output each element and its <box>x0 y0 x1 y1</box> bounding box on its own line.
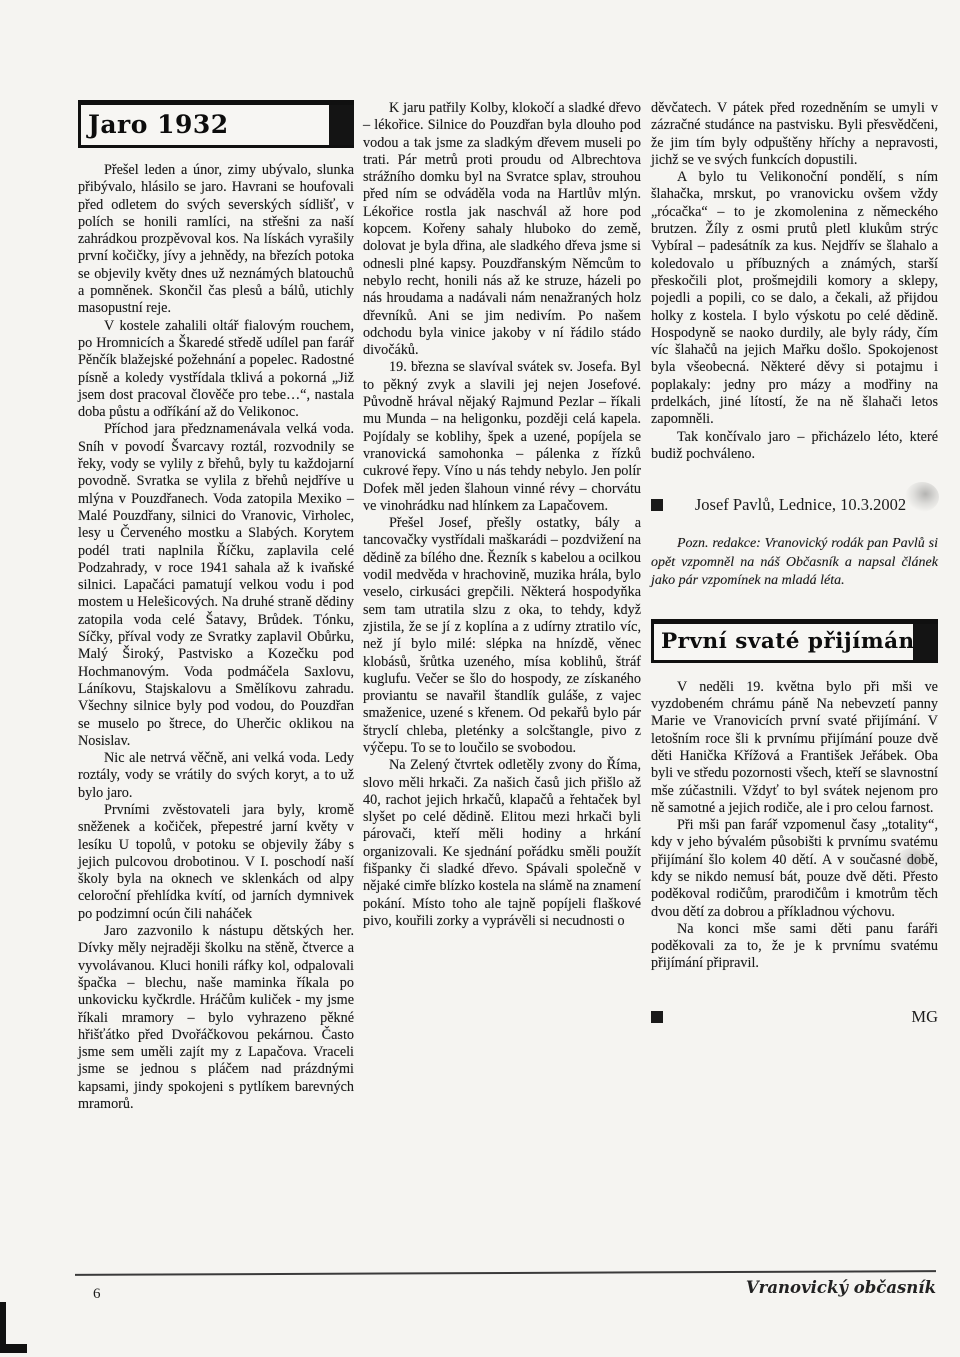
page-number: 6 <box>93 1286 101 1303</box>
paragraph: Tak končívalo jaro – přicházelo léto, kt… <box>651 429 938 464</box>
paragraph: Při mši pan farář vzpomenul časy „totali… <box>651 817 938 921</box>
article2-title: První svaté přijímání <box>661 629 923 654</box>
paragraph: děvčatech. V pátek před rozedněním se um… <box>651 100 938 169</box>
article1-signature-row: Josef Pavlů, Lednice, 10.3.2002 <box>651 495 938 515</box>
scan-artifact <box>0 1302 6 1350</box>
article1-signature: Josef Pavlů, Lednice, 10.3.2002 <box>663 495 938 515</box>
paragraph: V neděli 19. května bylo při mši ve vyzd… <box>651 679 938 817</box>
paragraph: A bylo tu Velikonoční pondělí, s ním šla… <box>651 169 938 428</box>
paragraph: Na konci mše sami děti panu faráři poděk… <box>651 921 938 973</box>
scan-artifact <box>895 848 929 876</box>
paragraph: V kostele zahalili oltář fialovým rouche… <box>78 318 354 422</box>
paragraph: Příchod jara předznamenávala velká voda.… <box>78 421 354 750</box>
heading-end-block-icon <box>329 105 354 145</box>
journal-name: Vranovický občasník <box>746 1278 936 1297</box>
article2-signature-row: MG <box>651 1007 938 1027</box>
paragraph: Prvními zvěstovateli jara byly, kromě sn… <box>78 802 354 923</box>
article1-heading-banner: Jaro 1932 <box>78 100 354 148</box>
editor-note: Pozn. redakce: Vranovický rodák pan Pavl… <box>651 535 938 591</box>
newsletter-body: Jaro 1932 Přešel leden a únor, zimy ubýv… <box>78 100 938 1113</box>
page-footer: 6 Vranovický občasník <box>75 1272 936 1303</box>
paragraph: Nic ale netrvá věčně, ani velká voda. Le… <box>78 750 354 802</box>
column-left: Jaro 1932 Přešel leden a únor, zimy ubýv… <box>78 100 354 1113</box>
paragraph: Jaro zazvonilo k nástupu dětských her. D… <box>78 923 354 1113</box>
paragraph: Přešel Josef, přešly ostatky, bály a tan… <box>363 515 641 757</box>
column-right: děvčatech. V pátek před rozedněním se um… <box>651 100 938 1113</box>
paragraph: Přešel leden a únor, zimy ubývalo, slunk… <box>78 162 354 318</box>
heading-end-block-icon <box>913 624 938 660</box>
scan-artifact <box>0 1344 27 1353</box>
paragraph: Na Zelený čtvrtek odletěly zvony do Říma… <box>363 757 641 930</box>
black-square-icon <box>651 499 663 511</box>
article1-title: Jaro 1932 <box>88 110 229 139</box>
scan-artifact <box>905 482 939 512</box>
paragraph: 19. března se slavíval svátek sv. Josefa… <box>363 359 641 515</box>
column-middle: K jaru patřily Kolby, klokočí a sladké d… <box>363 100 641 1113</box>
paragraph: K jaru patřily Kolby, klokočí a sladké d… <box>363 100 641 359</box>
black-square-icon <box>651 1011 663 1023</box>
article2-signature: MG <box>911 1007 938 1027</box>
article2-heading-banner: První svaté přijímání <box>651 619 938 663</box>
